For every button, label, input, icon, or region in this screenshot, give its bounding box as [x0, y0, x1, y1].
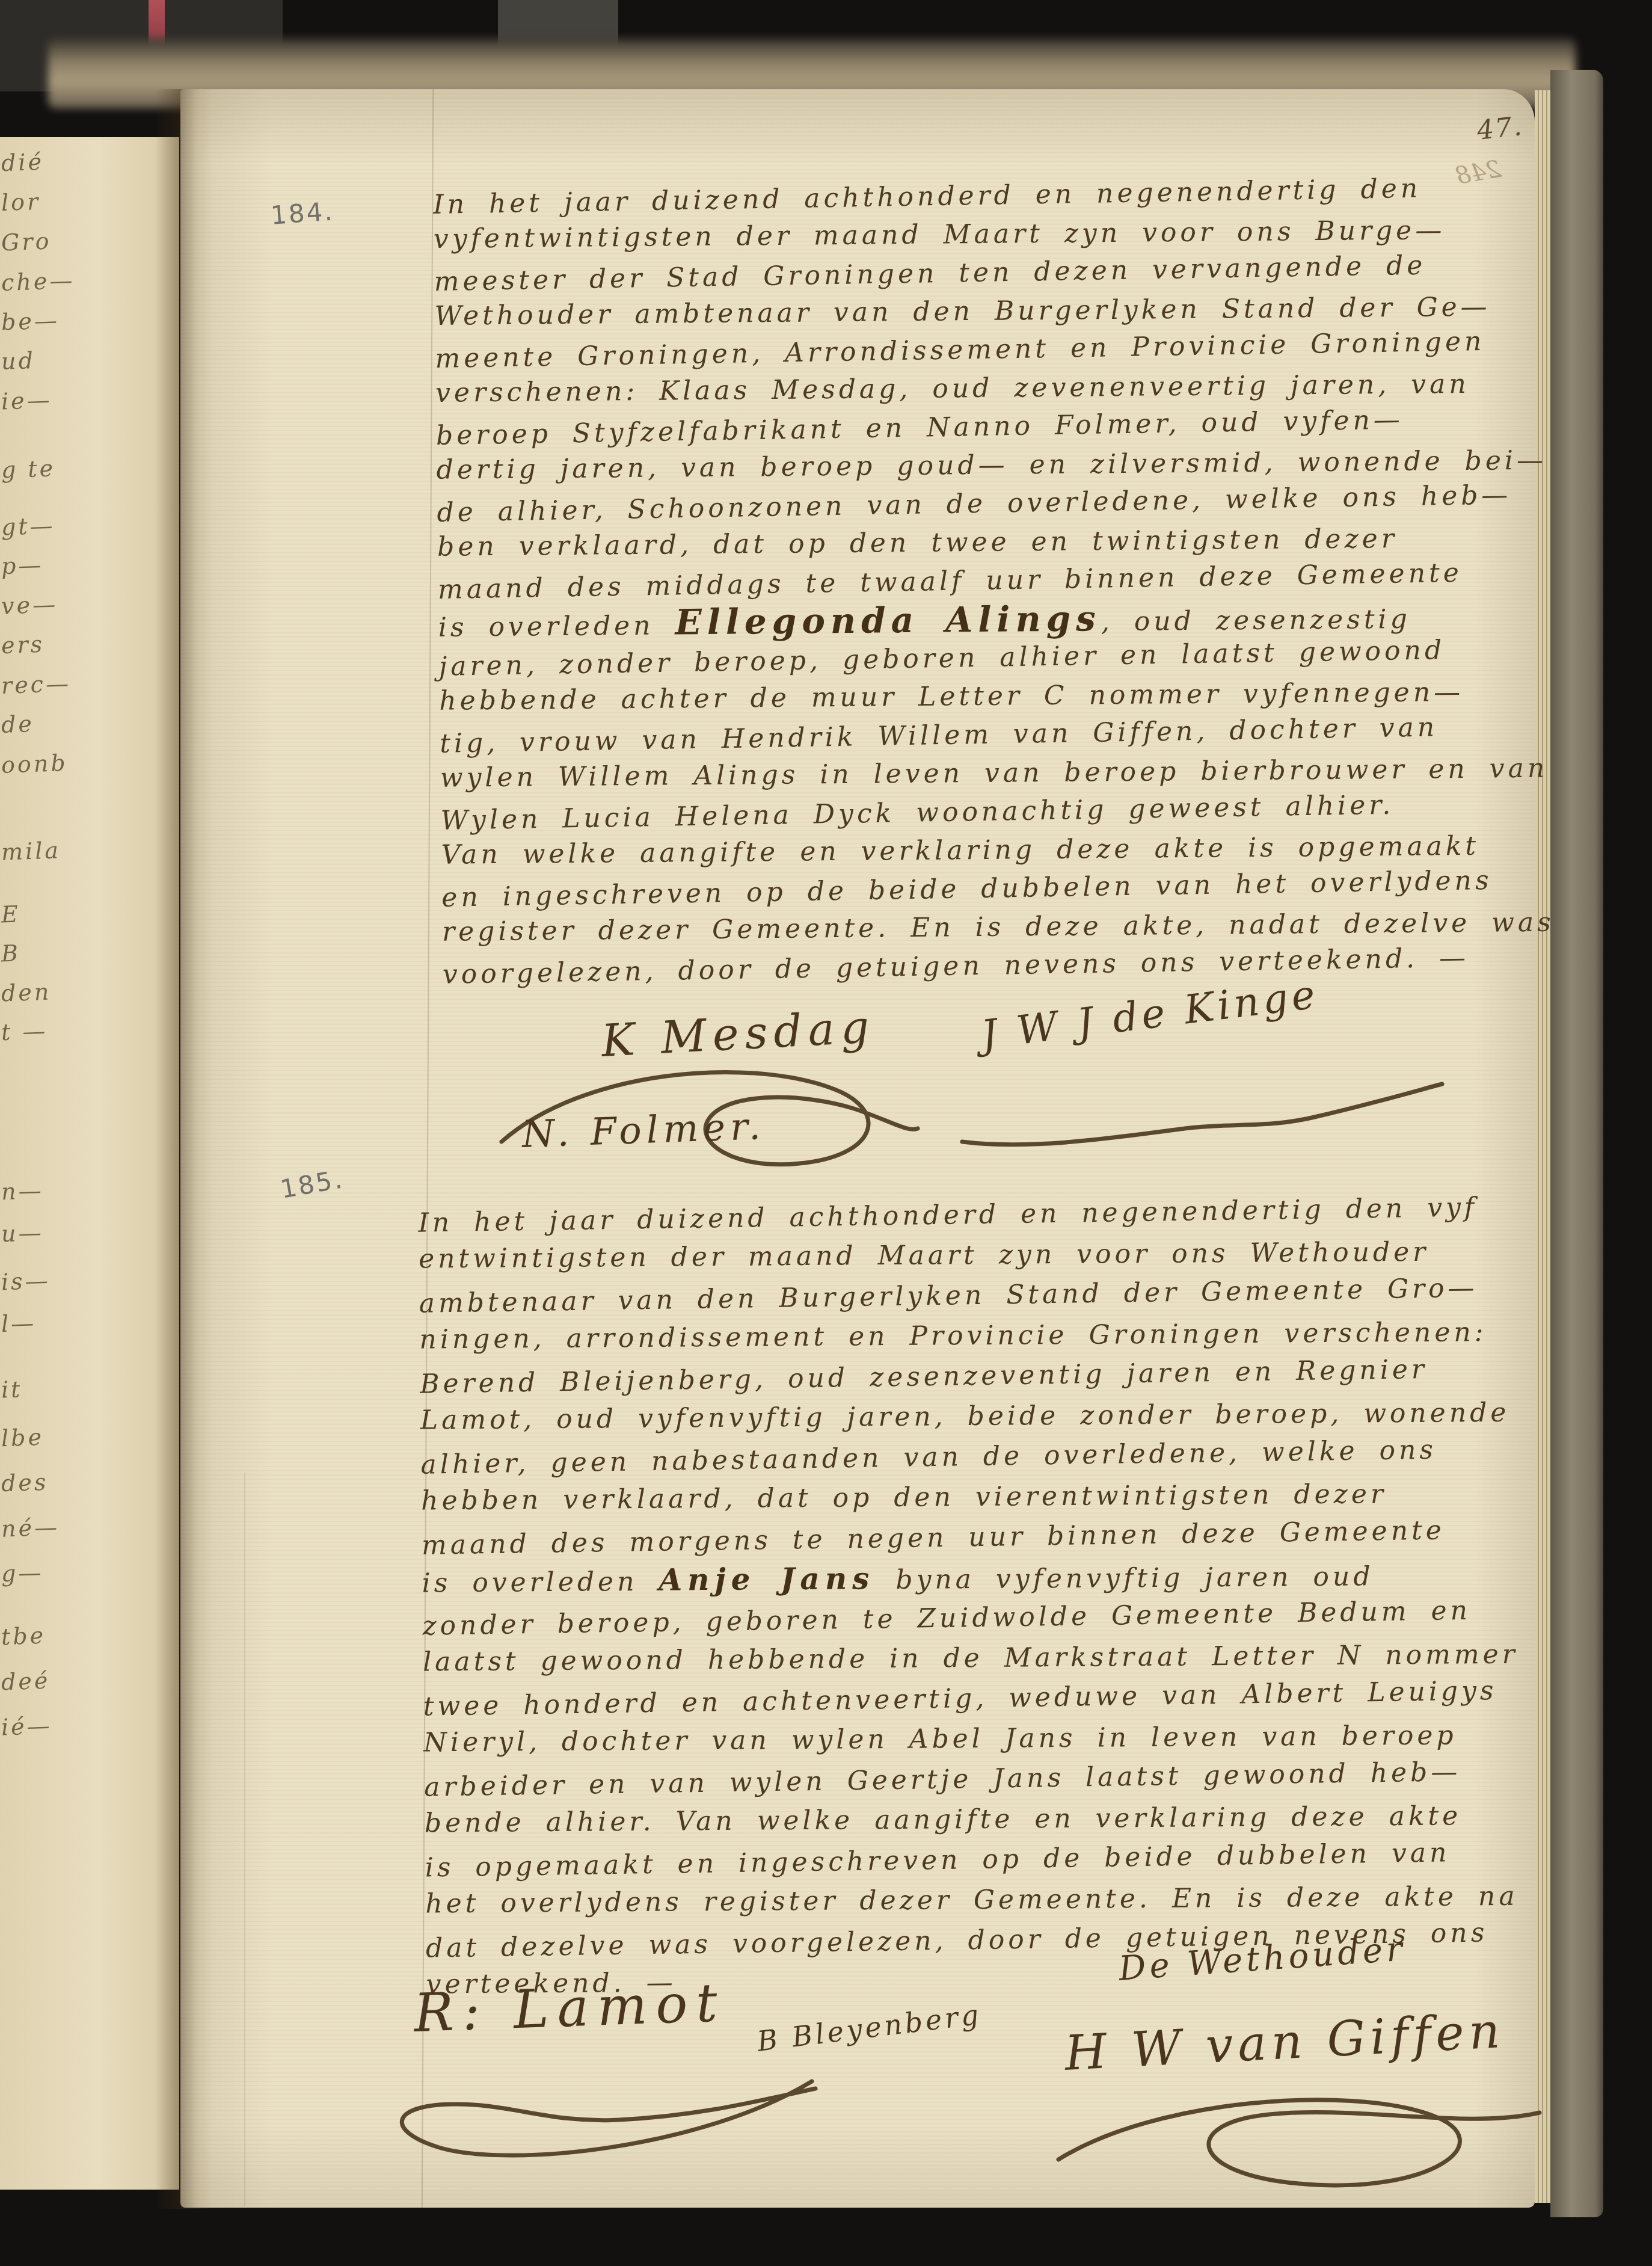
- name-line-pre: is overleden: [438, 610, 675, 642]
- facing-page-text-fragment: oonb: [1, 750, 68, 778]
- facing-page-text-fragment: deé: [1, 1667, 51, 1696]
- facing-page-text-fragment: n—: [1, 1177, 44, 1205]
- facing-page-text-fragment: t —: [1, 1018, 48, 1046]
- facing-page-text-fragment: ers: [1, 631, 45, 659]
- facing-page-text-fragment: ve—: [1, 591, 58, 619]
- facing-page-text-fragment: tbe: [1, 1622, 46, 1651]
- facing-page-text-fragment: che—: [1, 267, 75, 296]
- facing-page-text-fragment: Gro: [1, 228, 52, 256]
- facing-page-text-fragment: né—: [1, 1513, 60, 1542]
- act-184-lines: In het jaar duizend achthonderd en negen…: [433, 170, 1520, 607]
- facing-page-text-fragment: lbe: [1, 1424, 44, 1452]
- facing-page-text-fragment: is—: [1, 1267, 51, 1296]
- register-page: 47. 248 184. 185. In het jaar duizend ac…: [180, 89, 1535, 2208]
- signature-lamot: R: Lamot: [413, 1971, 726, 2044]
- facing-page-text-fragment: den: [1, 979, 52, 1007]
- act-184: In het jaar duizend achthonderd en negen…: [433, 170, 1525, 992]
- facing-page-text-fragment: de: [1, 710, 34, 738]
- facing-page-text-fragment: ie—: [1, 387, 52, 415]
- facing-page-text-fragment: ié—: [1, 1713, 52, 1741]
- act-number-185: 185.: [278, 1164, 346, 1204]
- facing-page-text-fragment: be—: [1, 307, 60, 335]
- act-184-lines-after: jaren, zonder beroep, geboren alhier en …: [438, 632, 1525, 992]
- facing-page-text-fragment: mila: [1, 837, 61, 865]
- facing-page-text-fragment: rec—: [1, 670, 71, 699]
- name-line-pre: is overleden: [422, 1566, 659, 1599]
- facing-page-text-fragment: dié: [1, 149, 44, 176]
- signature-van-giffen: H W van Giffen: [1063, 2003, 1506, 2081]
- facing-page-text-fragment: E: [1, 901, 20, 928]
- facing-page-text-fragment: l—: [1, 1310, 37, 1337]
- signature-flourish-van-giffen: [1010, 2081, 1552, 2208]
- facing-page-text-fragment: g—: [1, 1559, 44, 1587]
- archive-scan: diélorGroche—be—udie—g tegt—p—ve—ersrec—…: [0, 0, 1652, 2266]
- book-cover-edge: [1550, 70, 1603, 2217]
- facing-page-text-fragment: u—: [1, 1219, 44, 1247]
- signature-bleyenberg: B Bleyenberg: [755, 1998, 983, 2057]
- name-line-post: byna vyfenvyftig jaren oud: [874, 1561, 1374, 1595]
- act-number-184: 184.: [269, 196, 335, 230]
- signature-flourish-de-kinge: [956, 1071, 1449, 1155]
- facing-page-text-fragment: gt—: [1, 512, 55, 540]
- facing-page-text-fragment: lor: [1, 188, 41, 216]
- deceased-name: Ellegonda Alings: [675, 598, 1101, 642]
- facing-page-text-fragment: g te: [1, 455, 56, 483]
- deceased-name: Anje Jans: [659, 1560, 874, 1598]
- facing-page-text-fragment: B: [1, 940, 20, 967]
- act-185: In het jaar duizend achthonderd en negen…: [418, 1189, 1533, 2006]
- margin-rule-secondary: [244, 1473, 245, 2206]
- page-edge-stack: [1535, 90, 1550, 2203]
- gutter-shadow: [155, 89, 213, 2209]
- facing-page-text-fragment: p—: [1, 552, 44, 579]
- act-185-lines: In het jaar duizend achthonderd en negen…: [418, 1189, 1528, 1563]
- facing-page-sliver: diélorGroche—be—udie—g tegt—p—ve—ersrec—…: [0, 137, 179, 2190]
- facing-page-text-fragment: des: [1, 1469, 49, 1497]
- signature-flourish-lamot: [367, 2057, 824, 2172]
- signature-folmer: N. Folmer.: [521, 1104, 766, 1156]
- page-number: 47.: [1476, 111, 1525, 146]
- facing-page-text-fragment: ud: [1, 347, 35, 375]
- facing-page-text-fragment: it: [1, 1376, 23, 1403]
